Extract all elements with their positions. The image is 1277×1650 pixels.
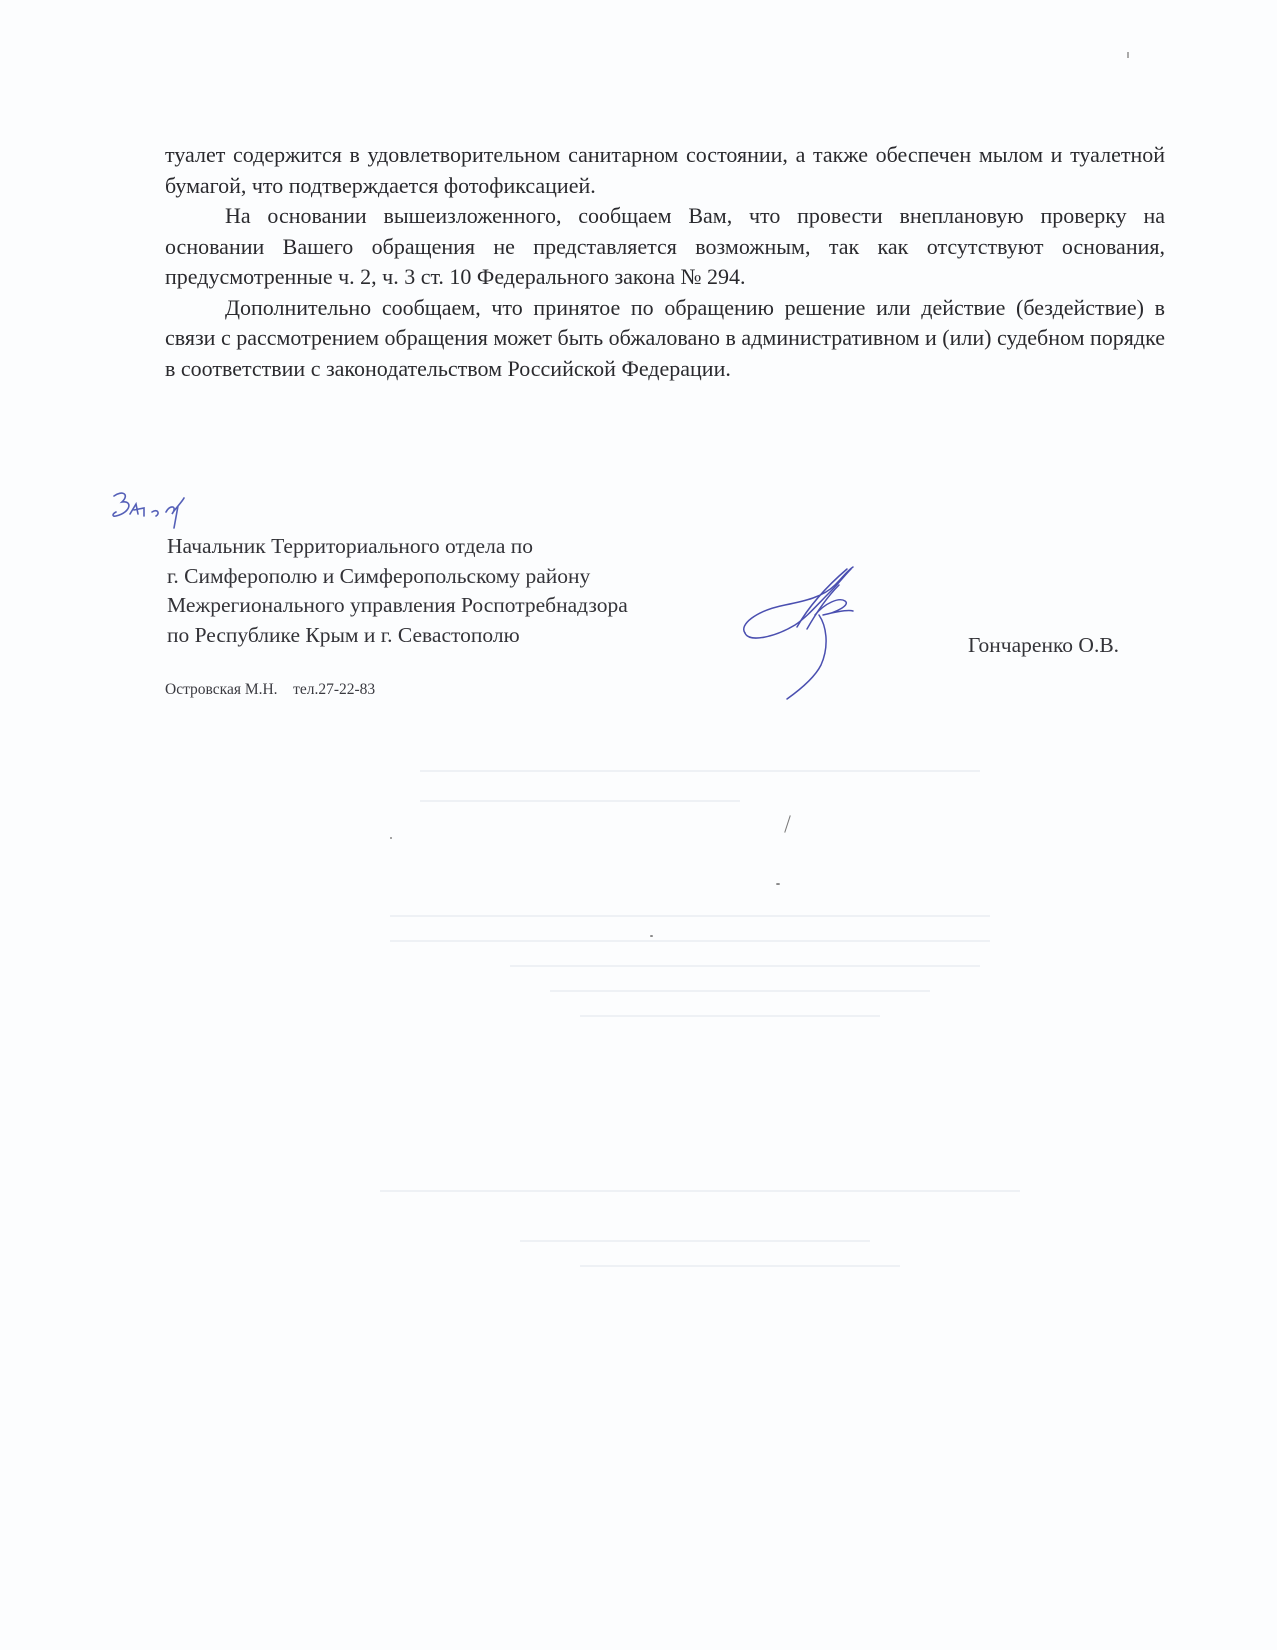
bleed-through-line — [580, 1265, 900, 1267]
position-line: Межрегионального управления Роспотребнад… — [167, 591, 628, 621]
executor-name: Островская М.Н. — [165, 681, 278, 698]
handwritten-signature — [735, 555, 890, 705]
bleed-through-line — [510, 965, 980, 967]
bleed-through-line — [580, 1015, 880, 1017]
paragraph-continuation: туалет содержится в удовлетворительном с… — [165, 140, 1165, 201]
bleed-through-line — [550, 990, 930, 992]
scan-speck — [650, 935, 653, 937]
bleed-through-line — [380, 1190, 1020, 1192]
paragraph-decision: На основании вышеизложенного, сообщаем В… — [165, 201, 1165, 293]
signatory-position: Начальник Территориального отдела по г. … — [167, 532, 628, 650]
bleed-through-line — [520, 1240, 870, 1242]
bleed-through-line — [420, 770, 980, 772]
scan-speck — [390, 837, 392, 839]
bleed-through-line — [390, 915, 990, 917]
bleed-through-line — [390, 940, 990, 942]
handwritten-initials-mark — [108, 488, 198, 532]
paragraph-appeal: Дополнительно сообщаем, что принятое по … — [165, 293, 1165, 385]
signer-name: Гончаренко О.В. — [968, 633, 1119, 658]
scan-speck — [776, 883, 780, 885]
position-line: по Республике Крым и г. Севастополю — [167, 621, 628, 651]
position-line: Начальник Территориального отдела по — [167, 532, 628, 562]
scan-speck — [784, 815, 791, 832]
executor-phone: тел.27-22-83 — [293, 681, 375, 698]
executor-contact: Островская М.Н. тел.27-22-83 — [165, 681, 375, 699]
position-line: г. Симферополю и Симферопольскому району — [167, 562, 628, 592]
letter-body: туалет содержится в удовлетворительном с… — [165, 140, 1165, 384]
bleed-through-line — [420, 800, 740, 802]
scan-speck — [1127, 52, 1129, 58]
scanned-letter-page: туалет содержится в удовлетворительном с… — [0, 0, 1277, 1650]
